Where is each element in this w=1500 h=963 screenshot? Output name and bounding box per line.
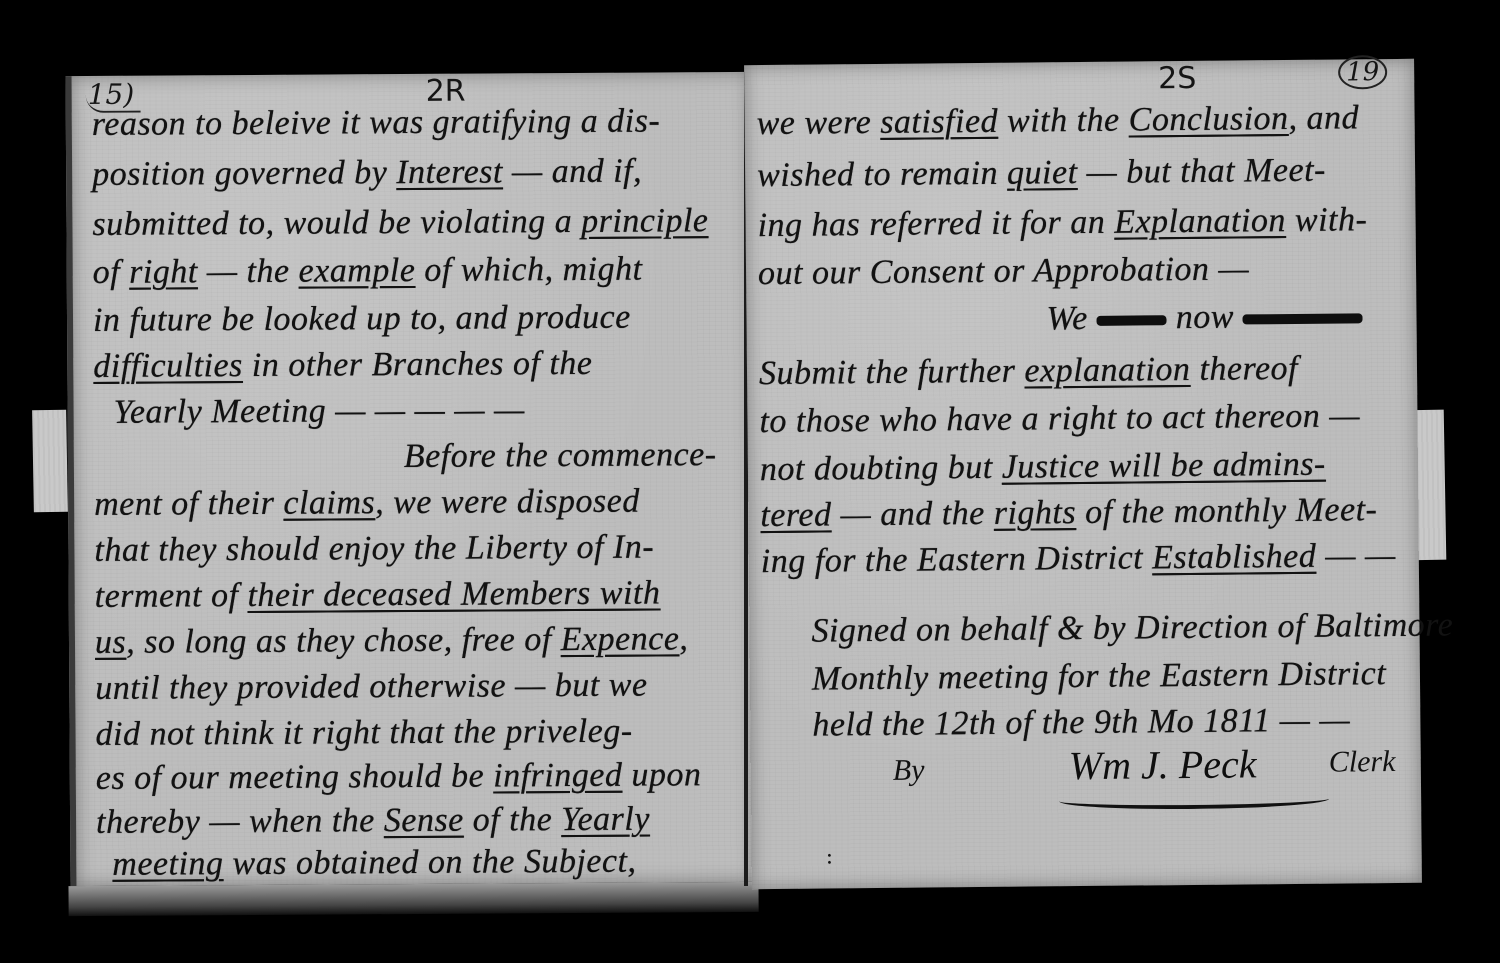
clerk-signature: Wm J. Peck — [1069, 740, 1257, 789]
struck-line: We now — [1046, 297, 1363, 338]
left-page-text: reason to beleive it was gratifying a di… — [72, 72, 750, 76]
right-page: 2S 19 we were satisfied with the Conclus… — [744, 59, 1422, 889]
text-line: of right — the example of which, might — [93, 251, 643, 292]
text-fragment: We — [1046, 300, 1097, 337]
strikethrough-mark — [1097, 315, 1167, 326]
text-line: not doubting but Justice will be admins- — [760, 446, 1326, 489]
text-line: ing for the Eastern District Established… — [761, 537, 1396, 581]
text-line: until they provided otherwise — but we — [95, 667, 647, 708]
signature-title: Clerk — [1329, 745, 1396, 780]
text-line: ment of their claims, we were disposed — [94, 483, 640, 524]
text-line: difficulties in other Branches of the — [93, 345, 592, 386]
text-line: Monthly meeting for the Eastern District — [812, 655, 1387, 699]
text-line: wished to remain quiet — but that Meet- — [757, 152, 1326, 195]
signature-text: Wm J. Peck — [1069, 741, 1257, 788]
ink-marks: : — [826, 844, 834, 869]
text-line: es of our meeting should be infringed up… — [96, 756, 702, 798]
text-fragment: now — [1167, 298, 1244, 336]
text-line: us, so long as they chose, free of Expen… — [95, 620, 689, 662]
left-page: 15) 2R reason to beleive it was gratifyi… — [66, 72, 757, 886]
text-line: we were satisfied with the Conclusion, a… — [756, 99, 1359, 143]
text-line: out our Consent or Approbation — — [758, 250, 1249, 293]
text-line: reason to beleive it was gratifying a di… — [92, 102, 661, 143]
text-line: in future be looked up to, and produce — [93, 299, 631, 340]
right-page-text: we were satisfied with the Conclusion, a… — [744, 59, 1414, 65]
text-line: Before the commence- — [404, 436, 717, 476]
text-line: submitted to, would be violating a princ… — [92, 202, 708, 244]
signature-flourish — [1059, 790, 1329, 811]
text-line: meeting was obtained on the Subject, — [112, 843, 636, 884]
by-label: By — [893, 754, 925, 788]
text-line: Yearly Meeting — — — — — — [113, 391, 524, 432]
text-line: Submit the further explanation thereof — [759, 350, 1298, 393]
text-line: tered — and the rights of the monthly Me… — [760, 491, 1377, 535]
text-line: ing has referred it for an Explanation w… — [757, 201, 1367, 245]
page-tab-left — [32, 410, 68, 513]
text-line: terment of their deceased Members with — [95, 574, 661, 615]
text-line: Signed on behalf & by Direction of Balti… — [811, 606, 1453, 650]
right-reference-mark: 2S — [1158, 61, 1196, 96]
text-line: held the 12th of the 9th Mo 1811 — — — [812, 701, 1350, 744]
text-line: thereby — when the Sense of the Yearly — [96, 801, 650, 842]
text-line: did not think it right that the priveleg… — [95, 713, 632, 754]
text-line: to those who have a right to act thereon… — [759, 397, 1360, 441]
right-folio-number: 19 — [1338, 55, 1387, 89]
text-line: position governed by Interest — and if, — [92, 153, 642, 194]
text-line: that they should enjoy the Liberty of In… — [94, 529, 654, 570]
strikethrough-mark — [1243, 314, 1363, 325]
